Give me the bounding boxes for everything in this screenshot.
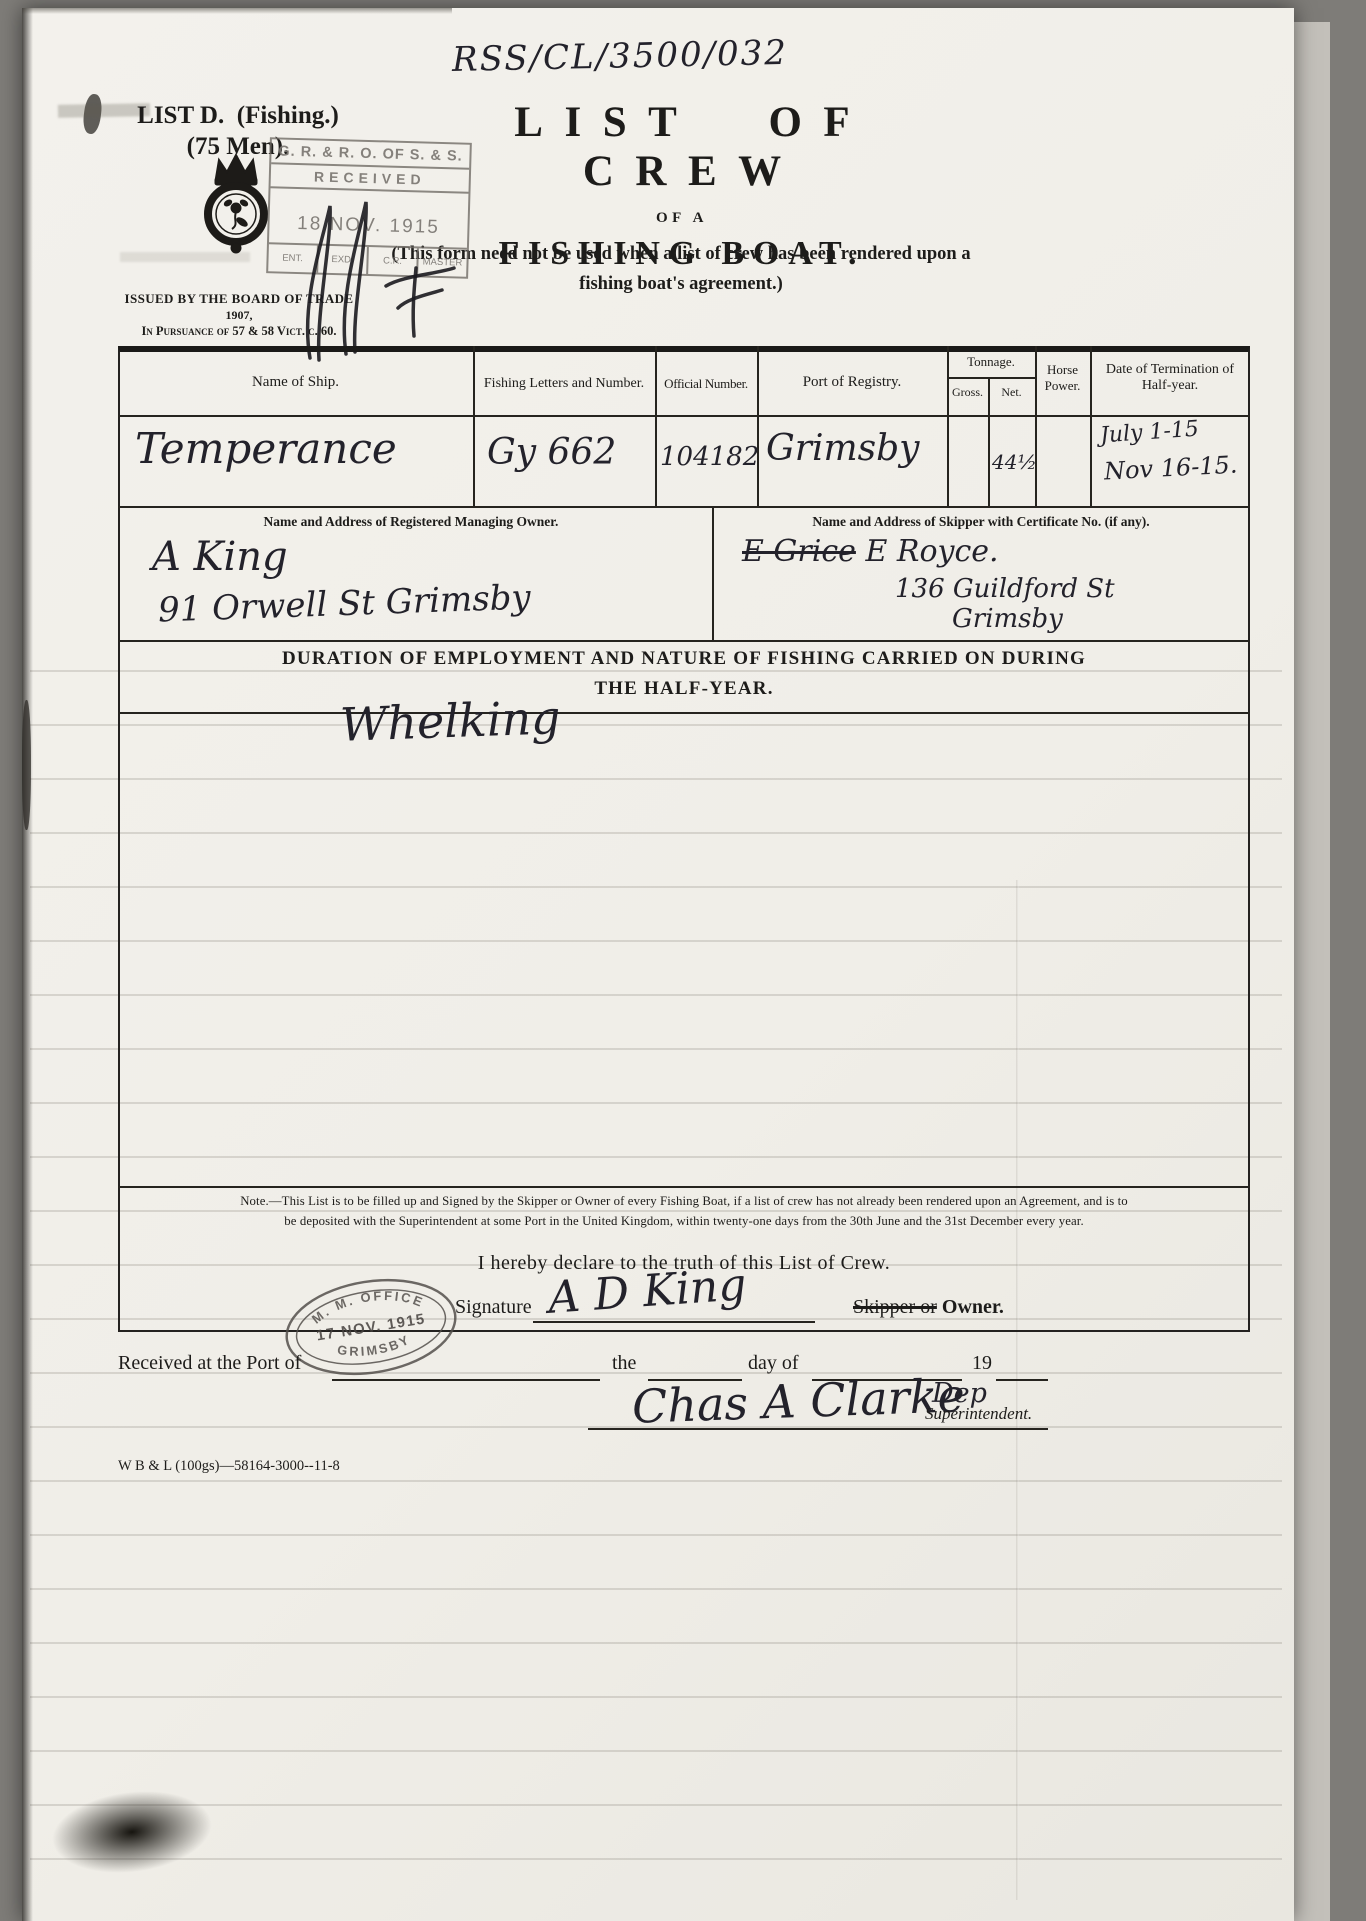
skipper-address-line2: Grimsby (952, 604, 1063, 634)
struck-skipper-or: Skipper or (853, 1296, 937, 1318)
edge-blot (22, 700, 31, 830)
crew-form-outer-box (118, 346, 1250, 1332)
value-fishing-letters: Gy 662 (487, 432, 616, 473)
archive-reference-number: RSS/CL/3500/032 (452, 32, 833, 80)
the-label: the (612, 1352, 636, 1375)
header-managing-owner: Name and Address of Registered Managing … (130, 514, 692, 530)
skipper-or-owner-label: Skipper or Owner. (853, 1296, 1004, 1319)
table-border (118, 415, 1250, 417)
table-border (947, 377, 1035, 379)
torn-left-edge (22, 8, 33, 1921)
owner-word: Owner. (942, 1296, 1004, 1318)
table-border (655, 346, 657, 506)
header-tonnage: Tonnage. (947, 354, 1035, 370)
table-border (473, 346, 475, 506)
list-designation-line1: LIST D. (Fishing.) (108, 100, 368, 131)
header-official-number: Official Number. (655, 376, 757, 392)
header-net: Net. (988, 385, 1035, 400)
scanned-document-page: RSS/CL/3500/032 LIST D. (Fishing.) (75 M… (0, 0, 1366, 1921)
year-prefix: 19 (972, 1352, 992, 1375)
header-skipper: Name and Address of Skipper with Certifi… (722, 514, 1240, 530)
day-of-label: day of (748, 1352, 799, 1375)
skipper-name-struck: E Grice (742, 534, 856, 569)
value-net-tonnage: 44½ (992, 450, 1037, 474)
note-line1: Note.—This List is to be filled up and S… (140, 1194, 1228, 1209)
duration-heading-line2: THE HALF-YEAR. (118, 678, 1250, 700)
table-border (757, 346, 759, 506)
received-at-port-label: Received at the Port of (118, 1352, 301, 1375)
skipper-address-line1: 136 Guildford St (895, 574, 1115, 604)
value-official-number: 104182 (660, 442, 759, 472)
port-blank-line (332, 1379, 600, 1381)
printer-imprint: W B & L (100gs)—58164-3000--11-8 (118, 1458, 340, 1475)
table-border (118, 640, 1250, 642)
signature-label: Signature (455, 1296, 532, 1319)
paper-top-shadow (22, 8, 452, 14)
note-line2: be deposited with the Superintendent at … (140, 1214, 1228, 1229)
table-border (118, 506, 1250, 508)
table-border (118, 1186, 1250, 1188)
header-horse-power: Horse Power. (1035, 362, 1090, 394)
fishing-nature-handwriting: Whelking (339, 690, 561, 752)
table-border (118, 712, 1250, 714)
header-port-of-registry: Port of Registry. (757, 374, 947, 391)
header-gross: Gross. (947, 385, 988, 400)
duration-heading-line1: DURATION OF EMPLOYMENT AND NATURE OF FIS… (118, 648, 1250, 670)
table-border (712, 506, 714, 640)
value-ship-name: Temperance (135, 424, 397, 473)
owner-name-handwriting: A King (152, 534, 288, 580)
skipper-name-final: E Royce. (865, 534, 998, 569)
table-border (947, 346, 949, 506)
superintendent-label: Superintendent. (925, 1404, 1032, 1424)
header-name-of-ship: Name of Ship. (118, 374, 473, 391)
header-fishing-letters: Fishing Letters and Number. (473, 376, 655, 392)
value-port-of-registry: Grimsby (766, 428, 919, 469)
header-termination-date: Date of Termination of Half-year. (1090, 362, 1250, 394)
year-blank-line (996, 1379, 1048, 1381)
skipper-name-handwriting: E Grice E Royce. (742, 534, 999, 569)
